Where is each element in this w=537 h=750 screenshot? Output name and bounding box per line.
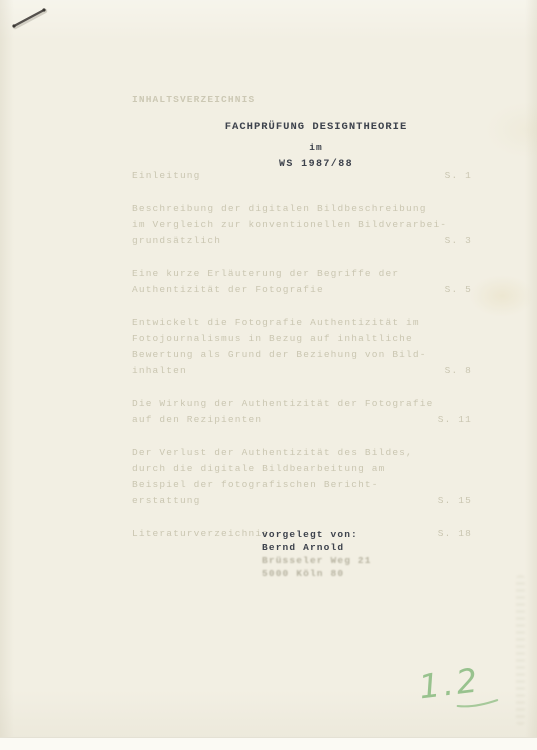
ghost-toc-entry: Die Wirkung der Authentizität der Fotogr…: [132, 396, 472, 428]
ghost-toc-line: Einleitung: [132, 168, 472, 184]
title-block: FACHPRÜFUNG DESIGNTHEORIE im WS 1987/88: [224, 121, 408, 170]
ghost-toc-page-number: S. 3: [445, 233, 472, 249]
ghost-toc-line: Bewertung als Grund der Beziehung von Bi…: [132, 347, 472, 363]
ghost-toc-page-number: S. 1: [445, 168, 472, 184]
ghost-toc-line: Eine kurze Erläuterung der Begriffe der: [132, 266, 472, 282]
ghost-toc-line: auf den Rezipienten: [132, 412, 472, 428]
submitted-by-label: vorgelegt von:: [262, 528, 372, 541]
ghost-toc-line: Der Verlust der Authentizität des Bildes…: [132, 445, 472, 461]
author-name: Bernd Arnold: [262, 541, 372, 554]
ghost-toc-line: Authentizität der Fotografie: [132, 282, 472, 298]
ghost-toc-line: Die Wirkung der Authentizität der Fotogr…: [132, 396, 472, 412]
edge-watermark: [516, 575, 525, 725]
ghost-toc-page-number: S. 8: [445, 363, 472, 379]
ghost-toc-page-number: S. 18: [438, 526, 472, 542]
scan-edge: [0, 737, 537, 750]
semester-label: WS 1987/88: [224, 159, 408, 170]
ghost-toc-entry: Eine kurze Erläuterung der Begriffe derA…: [132, 266, 472, 298]
ghost-toc-line: Beschreibung der digitalen Bildbeschreib…: [132, 201, 472, 217]
ghost-toc-line: inhalten: [132, 363, 472, 379]
handwritten-grade-mark: 1.2: [417, 657, 514, 728]
ghost-toc-entry: Der Verlust der Authentizität des Bildes…: [132, 445, 472, 509]
ghost-toc-entry: EinleitungS. 1: [132, 168, 472, 184]
ghost-toc-heading: INHALTSVERZEICHNIS: [132, 92, 472, 108]
ghost-toc-line: Fotojournalismus in Bezug auf inhaltlich…: [132, 331, 472, 347]
ghost-toc-line: im Vergleich zur konventionellen Bildver…: [132, 217, 472, 233]
ghost-toc-line: Entwickelt die Fotografie Authentizität …: [132, 315, 472, 331]
ghost-toc-line: erstattung: [132, 493, 472, 509]
scanned-page: INHALTSVERZEICHNIS EinleitungS. 1Beschre…: [0, 0, 537, 750]
ghost-toc-entry: Entwickelt die Fotografie Authentizität …: [132, 315, 472, 379]
author-address-line2: 5000 Köln 80: [262, 567, 372, 580]
ghost-toc-line: durch die digitale Bildbearbeitung am: [132, 461, 472, 477]
author-address-line1: Brüsseler Weg 21: [262, 554, 372, 567]
ghost-toc-entries: EinleitungS. 1Beschreibung der digitalen…: [132, 168, 472, 542]
ghost-toc-page-number: S. 11: [438, 412, 472, 428]
ghost-toc-line: grundsätzlich: [132, 233, 472, 249]
ghost-toc-page-number: S. 15: [438, 493, 472, 509]
ghost-toc-entry: Beschreibung der digitalen Bildbeschreib…: [132, 201, 472, 249]
page-title: FACHPRÜFUNG DESIGNTHEORIE: [224, 121, 408, 133]
submitted-by-block: vorgelegt von: Bernd Arnold Brüsseler We…: [262, 528, 372, 580]
ghost-toc-line: Beispiel der fotografischen Bericht-: [132, 477, 472, 493]
ghost-toc-page-number: S. 5: [445, 282, 472, 298]
staple-icon: [8, 2, 64, 42]
title-connector: im: [224, 142, 408, 153]
